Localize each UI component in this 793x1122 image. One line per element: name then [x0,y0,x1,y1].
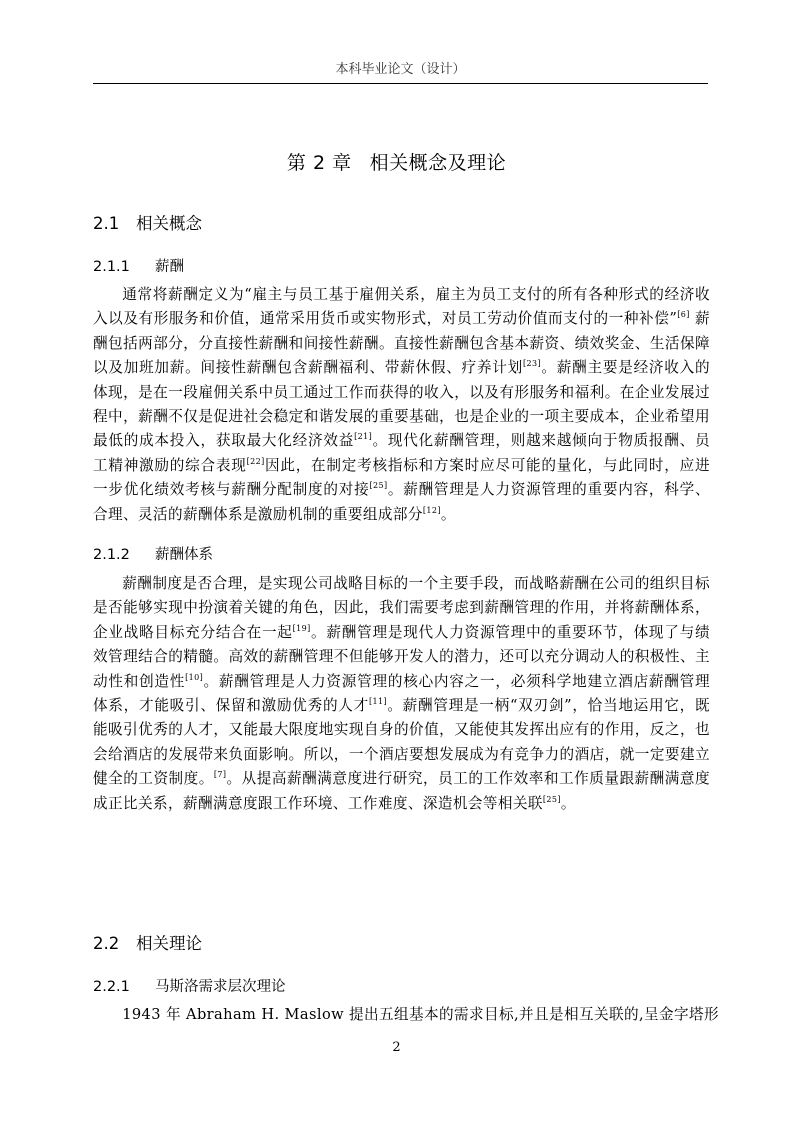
citation-ref: [25] [369,481,387,490]
section-heading-2-2: 2.2相关理论 [93,930,202,954]
running-header: 本科毕业论文（设计） [93,58,708,84]
chapter-title: 第 2 章相关概念及理论 [0,148,793,175]
subsection-heading-2-1-1: 2.1.1薪酬 [93,255,184,276]
subsection-title: 薪酬 [155,259,184,275]
citation-ref: [22] [247,457,265,466]
page-number: 2 [0,1040,793,1055]
subsection-number: 2.1.1 [93,259,155,275]
citation-ref: [6] [677,310,690,319]
citation-ref: [12] [423,506,441,515]
citation-ref: [7] [214,770,227,779]
paragraph-salary-system: 薪酬制度是否合理，是实现公司战略目标的一个主要手段，而战略薪酬在公司的组织目标是… [93,572,710,816]
subsection-heading-2-2-1: 2.2.1马斯洛需求层次理论 [93,975,286,996]
citation-ref: [25] [543,795,561,804]
citation-ref: [21] [354,432,372,441]
citation-ref: [23] [523,359,541,368]
citation-ref: [11] [369,697,387,706]
subsection-heading-2-1-2: 2.1.2薪酬体系 [93,543,213,564]
section-number: 2.2 [93,934,136,953]
subsection-number: 2.2.1 [93,979,155,995]
paragraph-salary: 通常将薪酬定义为“雇主与员工基于雇佣关系，雇主为员工支付的所有各种形式的经济收入… [93,283,710,527]
section-title: 相关理论 [136,934,202,953]
chapter-number: 第 2 章 [287,152,352,174]
subsection-number: 2.1.2 [93,547,155,563]
section-title: 相关概念 [136,214,202,233]
section-number: 2.1 [93,214,136,233]
chapter-name: 相关概念及理论 [370,152,507,174]
section-heading-2-1: 2.1相关概念 [93,210,202,234]
citation-ref: [10] [185,673,203,682]
running-title: 本科毕业论文（设计） [335,62,465,77]
subsection-title: 马斯洛需求层次理论 [155,979,286,995]
paragraph-maslow: 1943 年 Abraham H. Maslow 提出五组基本的需求目标,并且是… [93,1003,710,1027]
citation-ref: [19] [293,624,311,633]
subsection-title: 薪酬体系 [155,547,213,563]
